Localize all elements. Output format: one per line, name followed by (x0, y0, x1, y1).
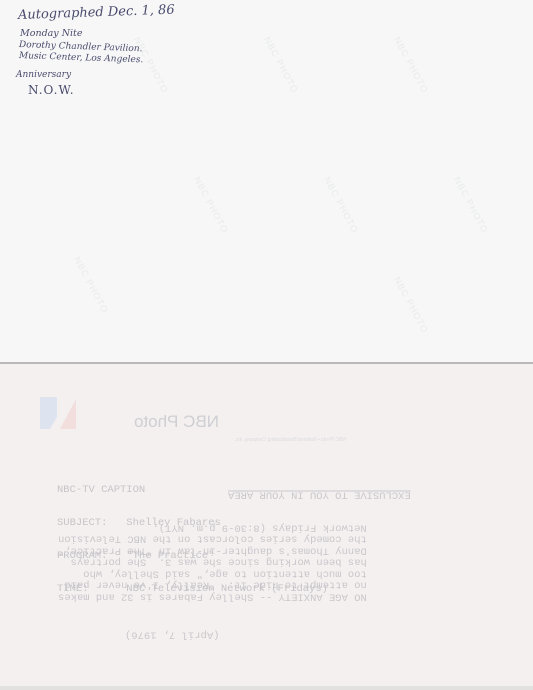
watermark: NBC PHOTO (452, 175, 490, 235)
exclusive-line: EXCLUSIVE TO YOU IN YOUR AREA (228, 488, 411, 500)
note-line: Anniversary (16, 70, 175, 80)
watermark: NBC PHOTO (192, 175, 230, 235)
watermark: NBC PHOTO (262, 35, 300, 95)
nbc-peacock-logo-icon (40, 395, 78, 429)
note-line: N.O.W. (28, 83, 175, 97)
watermark: NBC PHOTO (392, 35, 430, 95)
watermark: NBC PHOTO (322, 175, 360, 235)
caption-body: NO AGE ANXIETY -- Shelley Fabares is 32 … (58, 521, 367, 602)
brand-name: NBC Photo (134, 412, 219, 432)
caption-date: (April 7, 1976) (125, 628, 220, 640)
brand-subtitle: NBC Photo • National Broadcasting Compan… (136, 437, 346, 443)
card-bottom-edge (0, 686, 533, 690)
watermark: NBC PHOTO (392, 275, 430, 335)
handwritten-note: Autographed Dec. 1, 86 Monday Nite Dorot… (16, 8, 175, 97)
note-line: Autographed Dec. 1, 86 (18, 3, 175, 23)
watermark: NBC PHOTO (72, 255, 110, 315)
photo-back: NBC PHOTO NBC PHOTO NBC PHOTO NBC PHOTO … (0, 0, 533, 362)
note-line: Monday Nite (20, 28, 175, 39)
